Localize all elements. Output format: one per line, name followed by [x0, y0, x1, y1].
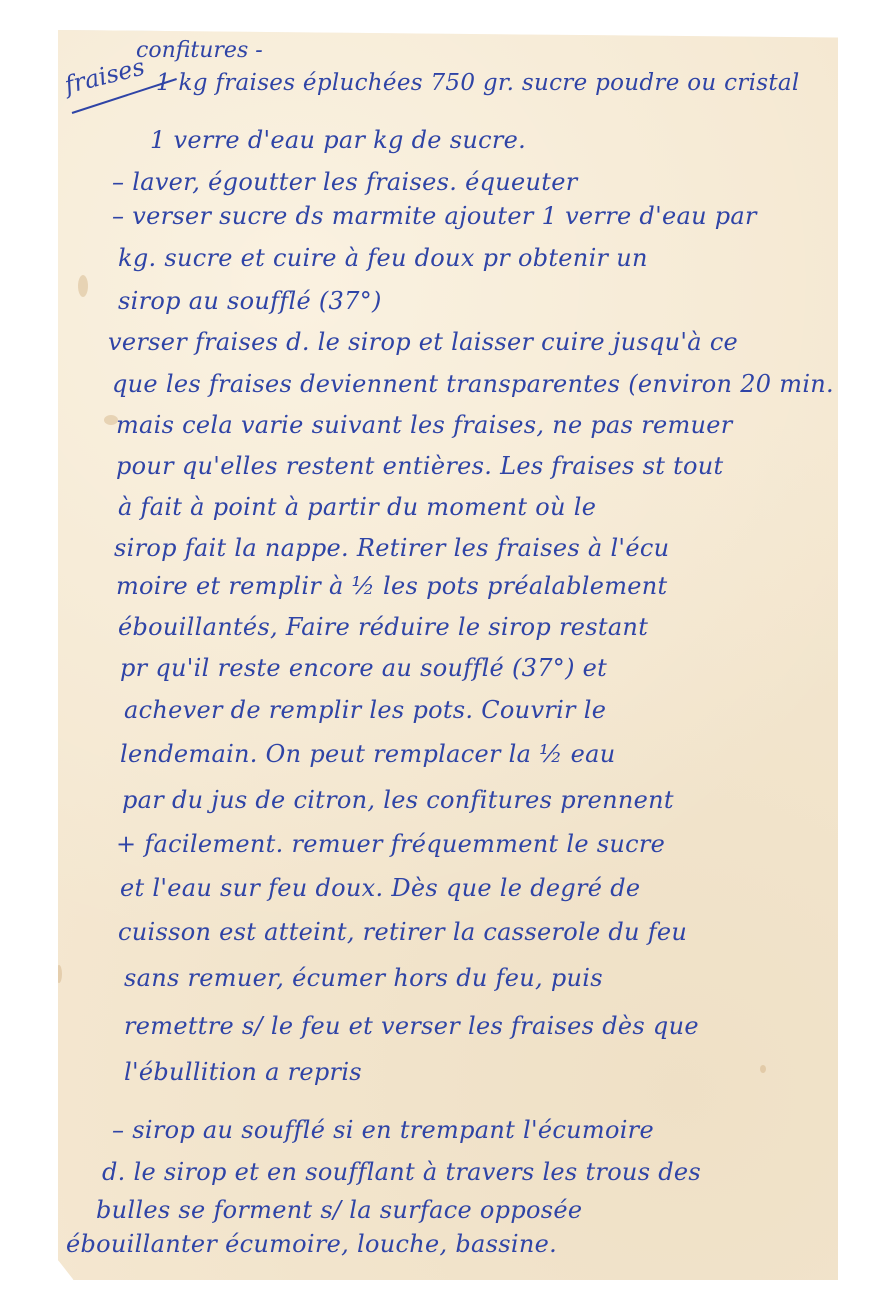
- recipe-note-line: d. le sirop et en soufflant à travers le…: [102, 1158, 701, 1186]
- recipe-line: que les fraises deviennent transparentes…: [112, 370, 834, 398]
- recipe-line: pr qu'il reste encore au soufflé (37°) e…: [120, 654, 607, 682]
- recipe-line: verser fraises d. le sirop et laisser cu…: [108, 328, 738, 356]
- recipe-line: mais cela varie suivant les fraises, ne …: [116, 411, 733, 439]
- recipe-note-line: bulles se forment s/ la surface opposée: [96, 1196, 582, 1224]
- recipe-line: l'ébullition a repris: [124, 1058, 362, 1086]
- recipe-line: cuisson est atteint, retirer la casserol…: [118, 918, 687, 946]
- recipe-note-line: ébouillanter écumoire, louche, bassine.: [66, 1230, 557, 1258]
- recipe-note-line: – sirop au soufflé si en trempant l'écum…: [112, 1116, 654, 1144]
- recipe-line-ingredients: 1 kg fraises épluchées 750 gr. sucre pou…: [156, 70, 800, 96]
- recipe-line: sirop au soufflé (37°): [118, 287, 382, 315]
- recipe-line: kg. sucre et cuire à feu doux pr obtenir…: [118, 244, 648, 272]
- recipe-line: remettre s/ le feu et verser les fraises…: [124, 1012, 699, 1040]
- recipe-line: et l'eau sur feu doux. Dès que le degré …: [120, 874, 640, 902]
- recipe-line: – laver, égoutter les fraises. équeuter: [112, 168, 578, 196]
- recipe-line: + facilement. remuer fréquemment le sucr…: [116, 830, 665, 858]
- recipe-line: lendemain. On peut remplacer la ½ eau: [120, 740, 616, 768]
- recipe-line: sans remuer, écumer hors du feu, puis: [124, 964, 603, 992]
- recipe-line: – verser sucre ds marmite ajouter 1 verr…: [112, 202, 757, 230]
- paper-stain: [78, 275, 88, 297]
- recipe-line: achever de remplir les pots. Couvrir le: [124, 696, 606, 724]
- recipe-line: moire et remplir à ½ les pots préalablem…: [116, 572, 668, 600]
- paper-stain: [56, 965, 62, 983]
- recipe-line: par du jus de citron, les confitures pre…: [122, 786, 674, 814]
- paper-stain: [760, 1065, 766, 1073]
- recipe-line: à fait à point à partir du moment où le: [118, 493, 596, 521]
- recipe-line: ébouillantés, Faire réduire le sirop res…: [118, 613, 648, 641]
- recipe-line: sirop fait la nappe. Retirer les fraises…: [114, 534, 669, 562]
- recipe-line: pour qu'elles restent entières. Les frai…: [116, 452, 723, 480]
- title-word-confitures: confitures -: [136, 38, 263, 63]
- recipe-line: 1 verre d'eau par kg de sucre.: [150, 126, 526, 154]
